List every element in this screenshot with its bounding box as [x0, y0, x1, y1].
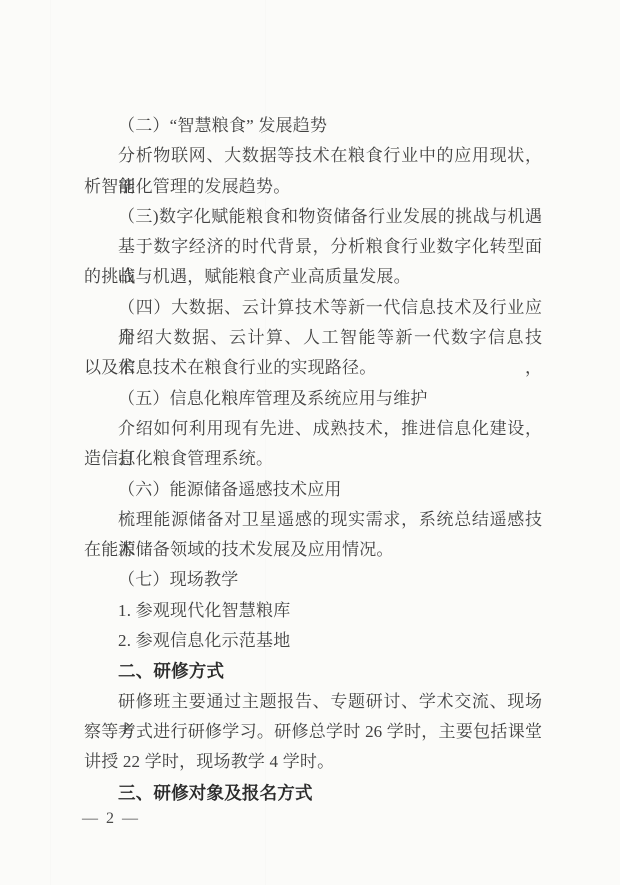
body-text-line: 梳理能源储备对卫星遥感的现实需求，系统总结遥感技术 [84, 505, 542, 535]
section-heading: 三、研修对象及报名方式 [84, 778, 542, 808]
subsection-title: （二）“智慧粮食” 发展趋势 [84, 111, 542, 141]
body-text-line: 基于数字经济的时代背景，分析粮食行业数字化转型面临 [84, 232, 542, 262]
section-heading: 二、研修方式 [84, 656, 542, 686]
body-text-line: 分析物联网、大数据等技术在粮食行业中的应用现状，剖 [84, 141, 542, 171]
body-text-line: 研修班主要通过主题报告、专题研讨、学术交流、现场考 [84, 687, 542, 717]
subsection-title: （七）现场教学 [84, 565, 542, 595]
body-text-line: 介绍如何利用现有先进、成熟技术，推进信息化建设，打 [84, 414, 542, 444]
body-text-line: 介绍大数据、云计算、人工智能等新一代数字信息技术， [84, 323, 542, 353]
subsection-title: （六）能源储备遥感技术应用 [84, 475, 542, 505]
body-text-line: 讲授 22 学时，现场教学 4 学时。 [84, 747, 542, 777]
list-item: 2. 参观信息化示范基地 [84, 626, 542, 656]
subsection-title: （四）大数据、云计算技术等新一代信息技术及行业应用 [84, 293, 542, 323]
body-text-line: 析智能化管理的发展趋势。 [84, 172, 542, 202]
page-number: — 2 — [82, 810, 140, 828]
body-text-line: 在能源储备领域的技术发展及应用情况。 [84, 535, 542, 565]
subsection-title: （三)数字化赋能粮食和物资储备行业发展的挑战与机遇 [84, 202, 542, 232]
body-text-line: 察等方式进行研修学习。研修总学时 26 学时，主要包括课堂 [84, 717, 542, 747]
body-text-line: 造信息化粮食管理系统。 [84, 444, 542, 474]
body-text-line: 的挑战与机遇，赋能粮食产业高质量发展。 [84, 262, 542, 292]
list-item: 1. 参观现代化智慧粮库 [84, 596, 542, 626]
document-page-content: （二）“智慧粮食” 发展趋势分析物联网、大数据等技术在粮食行业中的应用现状，剖析… [84, 111, 542, 808]
subsection-title: （五）信息化粮库管理及系统应用与维护 [84, 384, 542, 414]
